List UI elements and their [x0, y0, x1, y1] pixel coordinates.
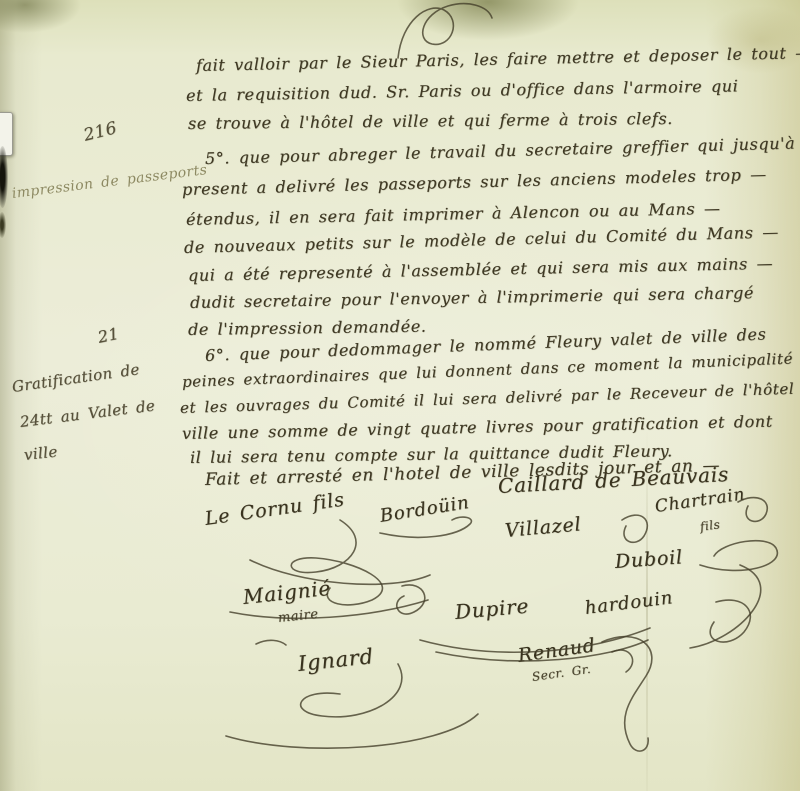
margin-note-line: 24tt au Valet de [19, 396, 156, 430]
signature-villazel: Villazel [504, 513, 582, 542]
signature-hardouin: hardouin [584, 587, 675, 619]
paraph-maignie [397, 585, 425, 614]
signature-lecornu: Le Cornu fils [203, 489, 346, 530]
manuscript-line: et la requisition dud. Sr. Paris ou d'of… [186, 76, 739, 105]
signature-maignie: Maignié [242, 576, 332, 609]
margin-note-number: 21 [96, 324, 121, 347]
signature-bordouin: Bordoüin [378, 492, 471, 527]
margin-note-line: ville [23, 443, 58, 464]
signature-maignie-title: maire [277, 607, 319, 626]
manuscript-line: qui a été representé à l'assemblée et qu… [188, 254, 774, 285]
manuscript-line: ville une somme de vingt quatre livres p… [182, 412, 773, 443]
margin-note-label: impression de passeports [11, 162, 208, 202]
manuscript-page: 216 impression de passeports 21 Gratific… [0, 0, 800, 791]
paraph-hardouin [710, 600, 750, 642]
margin-note-number: 216 [82, 118, 119, 146]
manuscript-line: dudit secretaire pour l'envoyer à l'impr… [190, 283, 754, 312]
loop-renaud [612, 650, 633, 672]
paraph-villazel [622, 515, 647, 542]
oval-ignard [226, 714, 478, 748]
manuscript-line: 5°. que pour abreger le travail du secre… [205, 134, 796, 168]
ink-blot-left-small [0, 212, 6, 238]
dash-ignard [256, 640, 286, 645]
tail-duboil [690, 565, 761, 648]
margin-note-line: Gratification de [11, 360, 141, 396]
signature-renaud-title: Secr. Gr. [531, 662, 592, 684]
manuscript-line: de nouveaux petits sur le modèle de celu… [184, 222, 779, 257]
signature-chartrain-title: fils [699, 517, 721, 534]
signature-ignard: Ignard [297, 644, 375, 676]
signature-chartrain: Chartrain [654, 484, 747, 516]
manuscript-line: fait valloir par le Sieur Paris, les fai… [196, 43, 800, 75]
manuscript-line: present a delivré les passeports sur les… [182, 165, 767, 199]
signature-duboil: Duboil [614, 546, 683, 573]
oval-chartrain [700, 541, 777, 571]
signature-dupire: Dupire [454, 594, 530, 624]
manuscript-line: de l'impression demandée. [188, 317, 427, 339]
manuscript-line: étendus, il en sera fait imprimer à Alen… [186, 199, 721, 229]
manuscript-line: se trouve à l'hôtel de ville et qui ferm… [188, 109, 673, 133]
paraph-renaud [602, 637, 652, 752]
